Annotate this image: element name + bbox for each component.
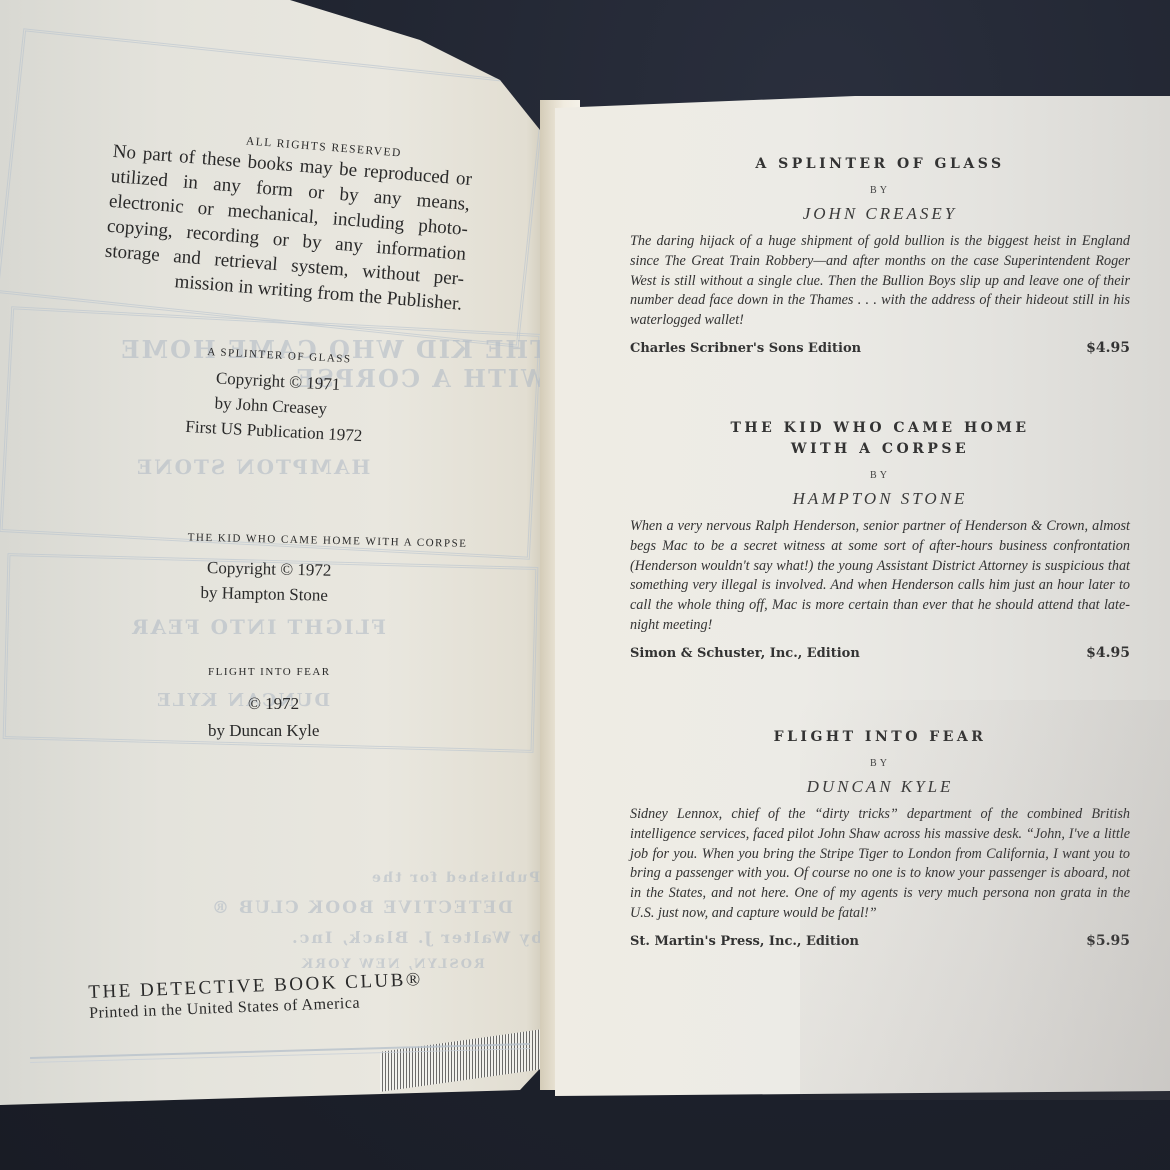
book-listing: Flight Into Fear BY DUNCAN KYLE Sidney L… — [630, 727, 1130, 949]
copyright-title: The Kid Who Came Home with a Corpse — [187, 526, 467, 557]
rights-body: No part of these books may be reproduced… — [102, 139, 473, 317]
book-title: Flight Into Fear — [630, 727, 1130, 748]
by-label: BY — [630, 185, 1130, 196]
book-blurb: When a very nervous Ralph Henderson, sen… — [630, 517, 1130, 636]
book-author: DUNCAN KYLE — [630, 777, 1130, 797]
book-listing: A Splinter of Glass BY JOHN CREASEY The … — [630, 154, 1130, 356]
bleed-through-title: FLIGHT INTO FEAR — [130, 615, 386, 639]
book-title: The Kid Who Came Home with a Corpse — [630, 418, 1130, 460]
bleed-through-imprint: DETECTIVE BOOK CLUB ® — [210, 898, 513, 918]
book-listing: The Kid Who Came Home with a Corpse BY H… — [630, 418, 1130, 661]
book-edition: Simon & Schuster, Inc., Edition — [630, 646, 860, 661]
book-author: HAMPTON STONE — [630, 489, 1130, 509]
copyright-line: © 1972 — [248, 691, 331, 716]
copyright-author: by Duncan Kyle — [208, 718, 331, 743]
book-blurb: Sidney Lennox, chief of the “dirty trick… — [630, 805, 1130, 924]
book-title: A Splinter of Glass — [630, 154, 1130, 175]
by-label: BY — [630, 758, 1130, 769]
book-author: JOHN CREASEY — [630, 204, 1130, 224]
copyright-entry: Flight Into Fear © 1972 by Duncan Kyle — [208, 660, 331, 743]
copyright-entry: The Kid Who Came Home with a Corpse Copy… — [206, 526, 467, 611]
bleed-through-author: HAMPTON STONE — [135, 455, 370, 479]
book-edition: Charles Scribner's Sons Edition — [630, 341, 861, 356]
book-price: $5.95 — [1086, 933, 1130, 949]
book-price: $4.95 — [1086, 645, 1130, 661]
copyright-entry: A Splinter of Glass Copyright © 1971 by … — [203, 340, 367, 448]
rights-notice: All Rights Reserved No part of these boo… — [102, 125, 474, 317]
book-footer: Charles Scribner's Sons Edition $4.95 — [630, 341, 1130, 356]
book-footer: St. Martin's Press, Inc., Edition $5.95 — [630, 934, 1130, 949]
copyright-title: Flight Into Fear — [208, 660, 331, 685]
bleed-through-imprint: Published for the — [370, 870, 540, 886]
by-label: BY — [630, 470, 1130, 481]
book-footer: Simon & Schuster, Inc., Edition $4.95 — [630, 646, 1130, 661]
book-price: $4.95 — [1086, 340, 1130, 356]
bleed-through-imprint: by Walter J. Black, Inc. — [290, 928, 542, 947]
book-blurb: The daring hijack of a huge shipment of … — [630, 232, 1130, 331]
book-edition: St. Martin's Press, Inc., Edition — [630, 934, 859, 949]
